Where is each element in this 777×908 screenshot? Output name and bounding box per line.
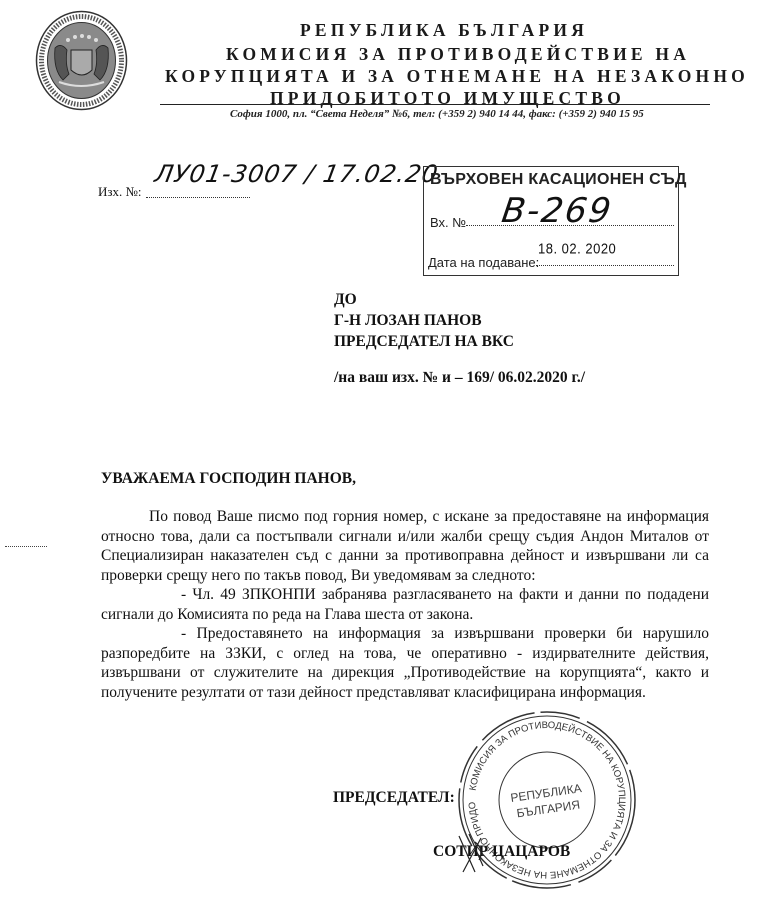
letter-body: По повод Ваше писмо под горния номер, с … [101,507,709,702]
letterhead-line-2: КОМИСИЯ ЗА ПРОТИВОДЕЙСТВИЕ НА [226,44,690,65]
stamp-date-label: Дата на подаване: [428,255,539,270]
commission-emblem-icon [35,10,128,111]
reference-number: /на ваш изх. № и – 169/ 06.02.2020 г./ [334,369,585,387]
stamp-in-number-handwritten: В-269 [499,191,615,231]
outgoing-number-handwritten: ЛУ01-3007 / 17.02.20 [153,160,441,188]
signatory-name: СОТИР ЦАЦАРОВ [433,843,570,861]
stamp-date-value: 18. 02. 2020 [538,240,616,257]
letterhead-line-1: РЕПУБЛИКА БЪЛГАРИЯ [300,20,588,41]
handwritten-signature-icon [455,832,495,877]
letterhead-line-3: КОРУПЦИЯТА И ЗА ОТНЕМАНЕ НА НЕЗАКОННО [165,66,749,87]
signatory-title: ПРЕДСЕДАТЕЛ: [333,789,455,807]
stamp-court-name: ВЪРХОВЕН КАСАЦИОНЕН СЪД [430,171,687,189]
outgoing-number-label: Изх. №: [98,184,142,200]
incoming-registration-stamp: ВЪРХОВЕН КАСАЦИОНЕН СЪД Вх. № В-269 18. … [423,166,679,276]
body-bullet-1: - Чл. 49 ЗПКОНПИ забранява разгласяванет… [101,585,709,624]
margin-mark [5,546,47,547]
letterhead-divider [160,104,710,105]
letterhead-line-4: ПРИДОБИТОТО ИМУЩЕСТВО [270,88,625,109]
addressee-name: Г-Н ЛОЗАН ПАНОВ [334,312,482,330]
stamp-in-number-label: Вх. № [430,215,466,230]
letterhead-address: София 1000, пл. “Света Неделя” №6, тел: … [230,108,644,120]
body-paragraph: По повод Ваше писмо под горния номер, с … [101,507,709,585]
salutation: УВАЖАЕМА ГОСПОДИН ПАНОВ, [101,470,356,488]
addressee-to: ДО [334,291,357,309]
addressee-position: ПРЕДСЕДАТЕЛ НА ВКС [334,333,514,351]
stamp-date-dotted-line [536,265,674,266]
body-bullet-2: - Предоставянето на информация за извърш… [101,624,709,702]
